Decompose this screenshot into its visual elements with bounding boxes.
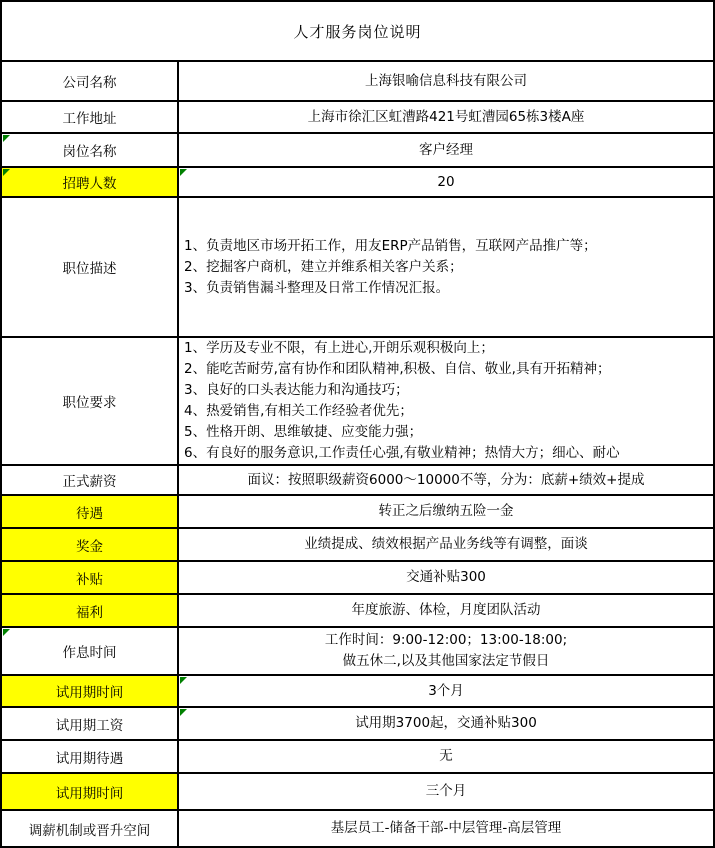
row-value-cell: 无 [179, 741, 713, 772]
row-value-cell: 交通补贴300 [179, 562, 713, 593]
row-label-text: 公司名称 [63, 71, 117, 91]
row-label-cell: 正式薪资 [2, 466, 179, 494]
row-label-cell: 工作地址 [2, 102, 179, 132]
row-label-cell: 补贴 [2, 562, 179, 593]
table-row-probation-treatment: 试用期待遇无 [2, 741, 713, 774]
row-value-line: 无 [439, 746, 453, 767]
row-label-text: 职位描述 [63, 257, 117, 277]
row-value-cell: 20 [179, 168, 713, 196]
row-label-text: 试用期待遇 [56, 747, 124, 767]
row-value-cell: 1、负责地区市场开拓工作，用友ERP产品销售，互联网产品推广等；2、挖掘客户商机… [179, 198, 713, 336]
table-row-promotion-path: 调薪机制或晋升空间基层员工-储备干部-中层管理-高层管理 [2, 811, 713, 846]
row-label-cell: 试用期待遇 [2, 741, 179, 772]
table-row-probation-period-2: 试用期时间三个月 [2, 774, 713, 811]
row-value-line: 1、负责地区市场开拓工作，用友ERP产品销售，互联网产品推广等； [184, 236, 597, 257]
row-value-line: 3个月 [428, 681, 464, 702]
row-value-line: 基层员工-储备干部-中层管理-高层管理 [331, 818, 562, 839]
table-row-company-name: 公司名称上海银喻信息科技有限公司 [2, 62, 713, 102]
green-corner-marker-icon [3, 169, 10, 176]
row-value-line: 5、性格开朗、思维敏捷、应变能力强； [184, 422, 422, 443]
green-corner-marker-icon [3, 629, 10, 636]
table-row-position-name: 岗位名称客户经理 [2, 134, 713, 168]
row-label-text: 试用期时间 [56, 681, 124, 701]
row-label-text: 试用期工资 [56, 714, 124, 734]
row-value-line: 上海银喻信息科技有限公司 [365, 71, 527, 92]
row-label-cell: 试用期工资 [2, 708, 179, 739]
row-value-cell: 上海银喻信息科技有限公司 [179, 62, 713, 100]
row-value-line: 面议：按照职级薪资6000～10000不等，分为：底薪+绩效+提成 [248, 470, 645, 491]
table-row-treatment: 待遇转正之后缴纳五险一金 [2, 496, 713, 529]
row-value-line: 3、负责销售漏斗整理及日常工作情况汇报。 [184, 278, 449, 299]
row-label-text: 工作地址 [63, 107, 117, 127]
table-row-job-requirements: 职位要求1、学历及专业不限，有上进心,开朗乐观积极向上；2、能吃苦耐劳,富有协作… [2, 338, 713, 466]
table-row-subsidy: 补贴交通补贴300 [2, 562, 713, 595]
row-label-cell: 待遇 [2, 496, 179, 527]
row-value-line: 做五休二,以及其他国家法定节假日 [343, 651, 550, 672]
row-label-cell: 作息时间 [2, 628, 179, 674]
row-value-cell: 年度旅游、体检，月度团队活动 [179, 595, 713, 626]
page-title: 人才服务岗位说明 [293, 21, 421, 42]
table-row-work-address: 工作地址上海市徐汇区虹漕路421号虹漕园65栋3楼A座 [2, 102, 713, 134]
row-value-line: 3、良好的口头表达能力和沟通技巧； [184, 380, 409, 401]
row-value-cell: 转正之后缴纳五险一金 [179, 496, 713, 527]
green-corner-marker-icon [180, 169, 187, 176]
row-label-cell: 奖金 [2, 529, 179, 560]
row-label-text: 补贴 [76, 568, 103, 588]
row-value-line: 三个月 [426, 781, 467, 802]
green-corner-marker-icon [180, 677, 187, 684]
row-label-text: 正式薪资 [63, 470, 117, 490]
row-value-line: 上海市徐汇区虹漕路421号虹漕园65栋3楼A座 [308, 107, 585, 128]
row-value-line: 4、热爱销售,有相关工作经验者优先； [184, 401, 413, 422]
row-label-text: 招聘人数 [63, 172, 117, 192]
green-corner-marker-icon [180, 709, 187, 716]
row-value-cell: 工作时间：9:00-12:00；13:00-18:00;做五休二,以及其他国家法… [179, 628, 713, 674]
green-corner-marker-icon [3, 135, 10, 142]
row-value-line: 业绩提成、绩效根据产品业务线等有调整，面谈 [304, 534, 588, 555]
row-value-line: 年度旅游、体检，月度团队活动 [352, 600, 541, 621]
row-value-line: 工作时间：9:00-12:00；13:00-18:00; [325, 630, 567, 651]
row-label-cell: 调薪机制或晋升空间 [2, 811, 179, 846]
title-row: 人才服务岗位说明 [2, 2, 713, 62]
row-value-line: 2、能吃苦耐劳,富有协作和团队精神,积极、自信、敬业,具有开拓精神； [184, 359, 610, 380]
row-label-text: 作息时间 [63, 641, 117, 661]
row-label-text: 岗位名称 [63, 140, 117, 160]
row-value-line: 2、挖掘客户商机，建立并维系相关客户关系； [184, 257, 463, 278]
row-label-text: 福利 [76, 601, 103, 621]
row-value-cell: 上海市徐汇区虹漕路421号虹漕园65栋3楼A座 [179, 102, 713, 132]
row-label-cell: 试用期时间 [2, 774, 179, 809]
row-label-cell: 岗位名称 [2, 134, 179, 166]
row-label-cell: 职位描述 [2, 198, 179, 336]
row-value-cell: 面议：按照职级薪资6000～10000不等，分为：底薪+绩效+提成 [179, 466, 713, 494]
row-value-cell: 基层员工-储备干部-中层管理-高层管理 [179, 811, 713, 846]
table-row-welfare: 福利年度旅游、体检，月度团队活动 [2, 595, 713, 628]
row-value-line: 6、有良好的服务意识,工作责任心强,有敬业精神；热情大方；细心、耐心 [184, 443, 620, 464]
row-value-line: 转正之后缴纳五险一金 [379, 501, 514, 522]
row-label-text: 待遇 [76, 502, 103, 522]
row-value-cell: 1、学历及专业不限，有上进心,开朗乐观积极向上；2、能吃苦耐劳,富有协作和团队精… [179, 338, 713, 464]
table-row-probation-salary: 试用期工资试用期3700起，交通补贴300 [2, 708, 713, 741]
job-description-table: 人才服务岗位说明 公司名称上海银喻信息科技有限公司工作地址上海市徐汇区虹漕路42… [0, 0, 715, 848]
row-value-line: 交通补贴300 [406, 567, 486, 588]
row-label-text: 职位要求 [63, 391, 117, 411]
row-label-cell: 职位要求 [2, 338, 179, 464]
table-row-formal-salary: 正式薪资面议：按照职级薪资6000～10000不等，分为：底薪+绩效+提成 [2, 466, 713, 496]
row-label-cell: 试用期时间 [2, 676, 179, 706]
row-value-line: 20 [437, 172, 454, 193]
row-value-line: 1、学历及专业不限，有上进心,开朗乐观积极向上； [184, 338, 494, 359]
row-value-cell: 三个月 [179, 774, 713, 809]
row-value-cell: 业绩提成、绩效根据产品业务线等有调整，面谈 [179, 529, 713, 560]
row-label-cell: 公司名称 [2, 62, 179, 100]
row-value-line: 试用期3700起，交通补贴300 [355, 713, 537, 734]
row-label-cell: 福利 [2, 595, 179, 626]
row-label-text: 调薪机制或晋升空间 [29, 819, 151, 839]
row-label-cell: 招聘人数 [2, 168, 179, 196]
table-row-job-description: 职位描述1、负责地区市场开拓工作，用友ERP产品销售，互联网产品推广等；2、挖掘… [2, 198, 713, 338]
table-row-work-schedule: 作息时间工作时间：9:00-12:00；13:00-18:00;做五休二,以及其… [2, 628, 713, 676]
row-value-line: 客户经理 [419, 140, 473, 161]
row-value-cell: 3个月 [179, 676, 713, 706]
row-label-text: 试用期时间 [56, 782, 124, 802]
row-value-cell: 试用期3700起，交通补贴300 [179, 708, 713, 739]
row-value-cell: 客户经理 [179, 134, 713, 166]
table-row-bonus: 奖金业绩提成、绩效根据产品业务线等有调整，面谈 [2, 529, 713, 562]
row-label-text: 奖金 [76, 535, 103, 555]
table-row-probation-period: 试用期时间3个月 [2, 676, 713, 708]
table-row-headcount: 招聘人数20 [2, 168, 713, 198]
